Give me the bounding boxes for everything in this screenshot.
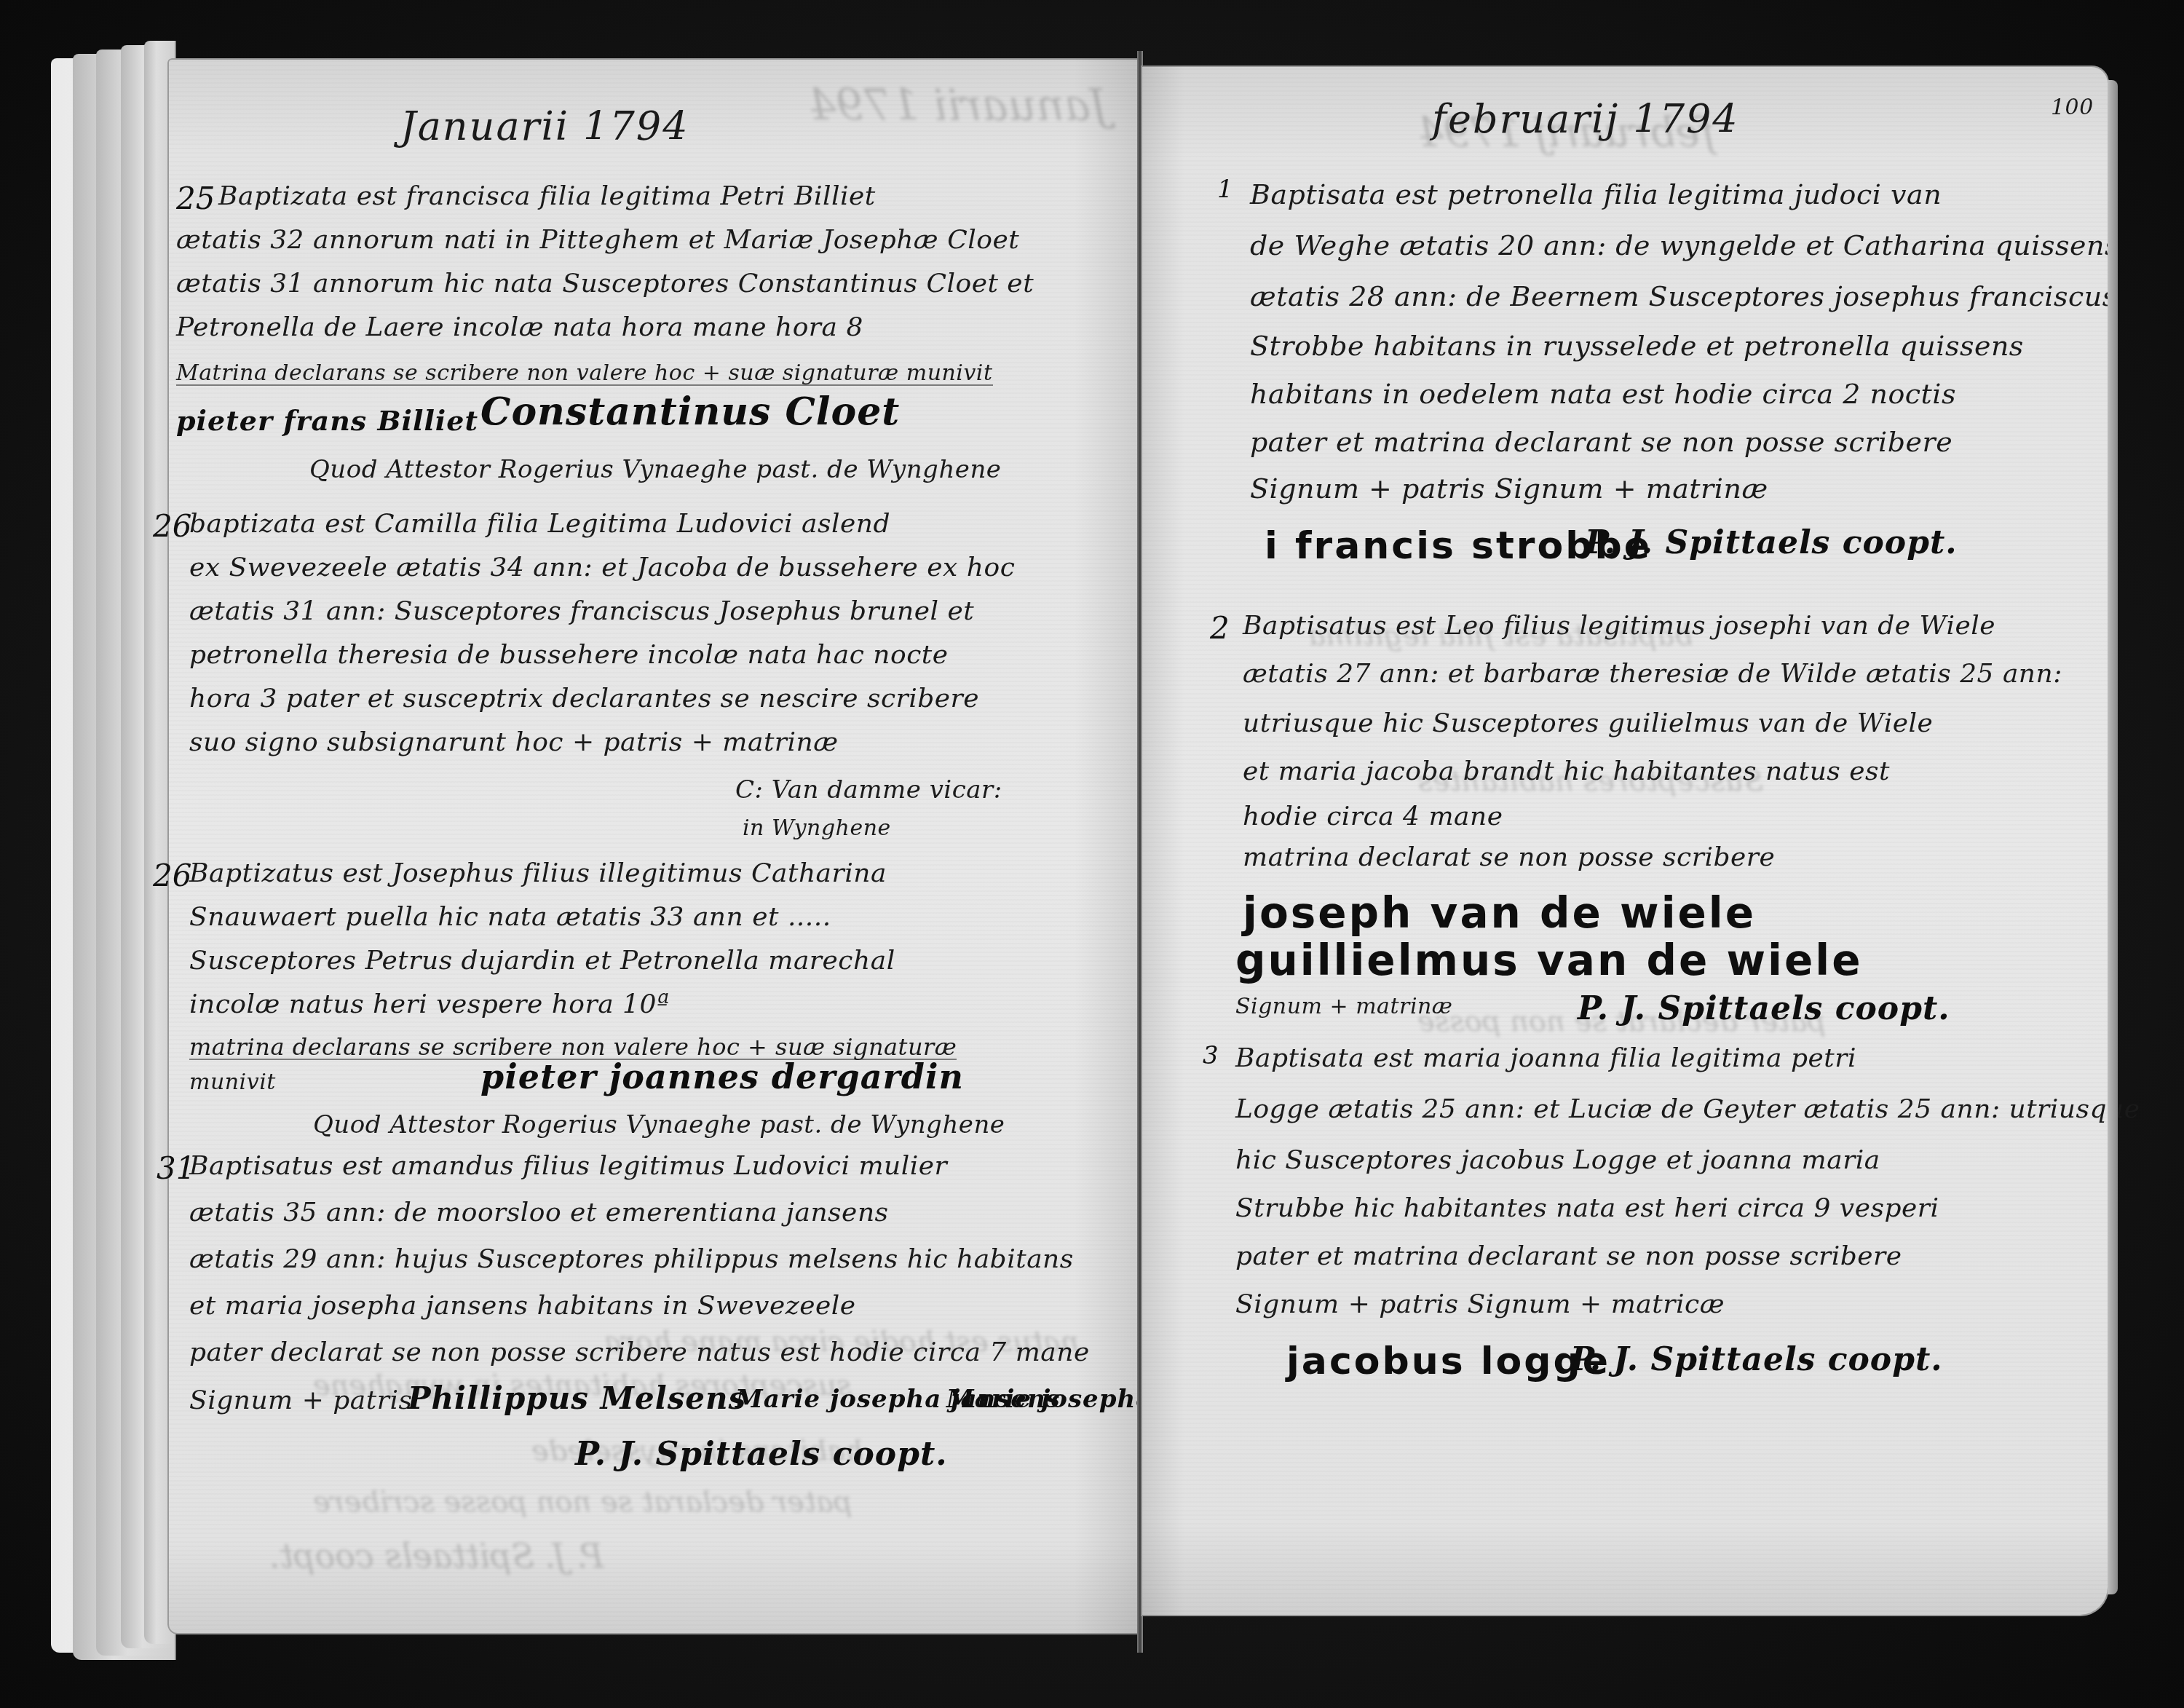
entry-line: ætatis 31 annorum hic nata Susceptores C…	[176, 271, 1034, 297]
entry-day-number: 26	[153, 858, 191, 893]
signature: P. J. Spittaels coopt.	[575, 1436, 948, 1473]
entry-day-number: 3	[1203, 1041, 1219, 1070]
entry-line: Signum + matrinæ	[1235, 996, 1453, 1018]
entry-line: Signum + patris	[189, 1388, 412, 1414]
entry-line: petronella theresia de bussehere incolæ …	[189, 642, 949, 668]
right-page: februarij 1794 baptisata est filia legit…	[1141, 66, 2109, 1616]
entry-line: incolæ natus heri vespere hora 10ª	[189, 992, 670, 1018]
entry-line: Logge ætatis 25 ann: et Luciæ de Geyter …	[1235, 1096, 2140, 1123]
entry-line: habitans in oedelem nata est hodie circa…	[1250, 380, 1956, 408]
entry-day-number: 25	[176, 181, 215, 216]
folio-number: 100	[2051, 95, 2094, 120]
entry-line: Strobbe habitans in ruysselede et petron…	[1250, 332, 2024, 360]
signature: C: Van damme vicar:	[735, 775, 1002, 804]
entry-line: Signum + patris Signum + matrinæ	[1250, 475, 1768, 502]
signature: P. J. Spittaels coopt.	[1585, 524, 1958, 561]
scanned-book-spread: Januarii 1794 natus est hodie circa mane…	[0, 0, 2184, 1708]
entry-line: Baptisata est petronella filia legitima …	[1250, 181, 1942, 208]
entry-line: Signum + patris Signum + matricæ	[1235, 1292, 1725, 1318]
signature: Constantinus Cloet	[480, 390, 900, 434]
entry-line: et maria jacoba brandt hic habitantes na…	[1243, 759, 1890, 785]
entry-line: ætatis 28 ann: de Beernem Susceptores jo…	[1250, 282, 2117, 310]
entry-day-number: 1	[1217, 175, 1233, 204]
entry-line: pater declarat se non posse scribere nat…	[189, 1340, 1090, 1366]
entry-line: Baptisatus est Leo filius legitimus jose…	[1243, 613, 1995, 639]
entry-day-number: 2	[1210, 610, 1230, 646]
entry-line: Snauwaert puella hic nata ætatis 33 ann …	[189, 904, 831, 930]
attestation: Quod Attestor Rogerius Vynaeghe past. de…	[309, 455, 1001, 484]
bleed-through-heading: Januarii 1794	[808, 80, 1108, 131]
page-edge-stack	[51, 36, 175, 1660]
entry-line: ætatis 35 ann: de moorsloo et emerentian…	[189, 1200, 889, 1226]
entry-line: ætatis 31 ann: Susceptores franciscus Jo…	[189, 598, 974, 625]
entry-line: ætatis 29 ann: hujus Susceptores philipp…	[189, 1246, 1074, 1273]
signature: Phillippus Melsens	[408, 1380, 746, 1416]
entry-line: utriusque hic Susceptores guilielmus van…	[1243, 711, 1933, 737]
signature: P. J. Spittaels coopt.	[1578, 990, 1950, 1027]
signature: guillielmus van de wiele	[1235, 936, 1863, 985]
signature: joseph van de wiele	[1243, 888, 1756, 938]
entry-line: et maria josepha jansens habitans in Swe…	[189, 1293, 856, 1319]
entry-line: Baptizata est francisca filia legitima P…	[218, 183, 876, 210]
entry-line: ex Swevezeele ætatis 34 ann: et Jacoba d…	[189, 555, 1015, 581]
attestation: Quod Attestor Rogerius Vynaeghe past. de…	[313, 1110, 1005, 1139]
signature: pieter joannes dergardin	[480, 1057, 964, 1096]
entry-line: munivit	[189, 1072, 276, 1094]
entry-line: de Weghe ætatis 20 ann: de wyngelde et C…	[1250, 232, 2119, 259]
signature: pieter frans Billiet	[176, 404, 478, 437]
entry-line: Strubbe hic habitantes nata est heri cir…	[1235, 1195, 1939, 1222]
entry-line: matrina declarans se scribere non valere…	[189, 1035, 957, 1060]
page-heading: Januarii 1794	[400, 103, 689, 149]
left-page: Januarii 1794 natus est hodie circa mane…	[167, 58, 1139, 1634]
signature: in Wynghene	[743, 815, 891, 841]
entry-line: hodie circa 4 mane	[1243, 804, 1503, 830]
signature: jacobus logge	[1286, 1340, 1610, 1383]
entry-line: Baptisatus est amandus filius legitimus …	[189, 1153, 947, 1179]
entry-line: Susceptores Petrus dujardin et Petronell…	[189, 948, 895, 974]
entry-line: Baptizatus est Josephus filius illegitim…	[189, 861, 887, 887]
bleed-through-text: pater declarat se non posse scribere	[313, 1485, 852, 1519]
entry-line: matrina declarat se non posse scribere	[1243, 845, 1775, 871]
entry-line: Petronella de Laere incolæ nata hora man…	[176, 315, 863, 341]
entry-line: pater et matrina declarant se non posse …	[1250, 428, 1952, 456]
entry-line: baptizata est Camilla filia Legitima Lud…	[189, 511, 890, 537]
signature: P. J. Spittaels coopt.	[1570, 1341, 1943, 1378]
page-heading: februarij 1794	[1432, 96, 1739, 142]
entry-line: ætatis 32 annorum nati in Pitteghem et M…	[176, 227, 1019, 253]
entry-line: pater et matrina declarant se non posse …	[1235, 1244, 1902, 1270]
entry-line: suo signo subsignarunt hoc + patris + ma…	[189, 730, 839, 756]
entry-line: hic Susceptores jacobus Logge et joanna …	[1235, 1147, 1880, 1174]
bleed-through-signature: P. J. Spittaels coopt.	[269, 1536, 604, 1575]
entry-line: hora 3 pater et susceptrix declarantes s…	[189, 686, 979, 712]
entry-line: ætatis 27 ann: et barbaræ theresiæ de Wi…	[1243, 661, 2062, 687]
entry-line: Baptisata est maria joanna filia legitim…	[1235, 1045, 1856, 1072]
entry-day-number: 26	[153, 508, 191, 544]
entry-note: Matrina declarans se scribere non valere…	[176, 363, 993, 386]
page-edge-stack	[2108, 80, 2118, 1594]
